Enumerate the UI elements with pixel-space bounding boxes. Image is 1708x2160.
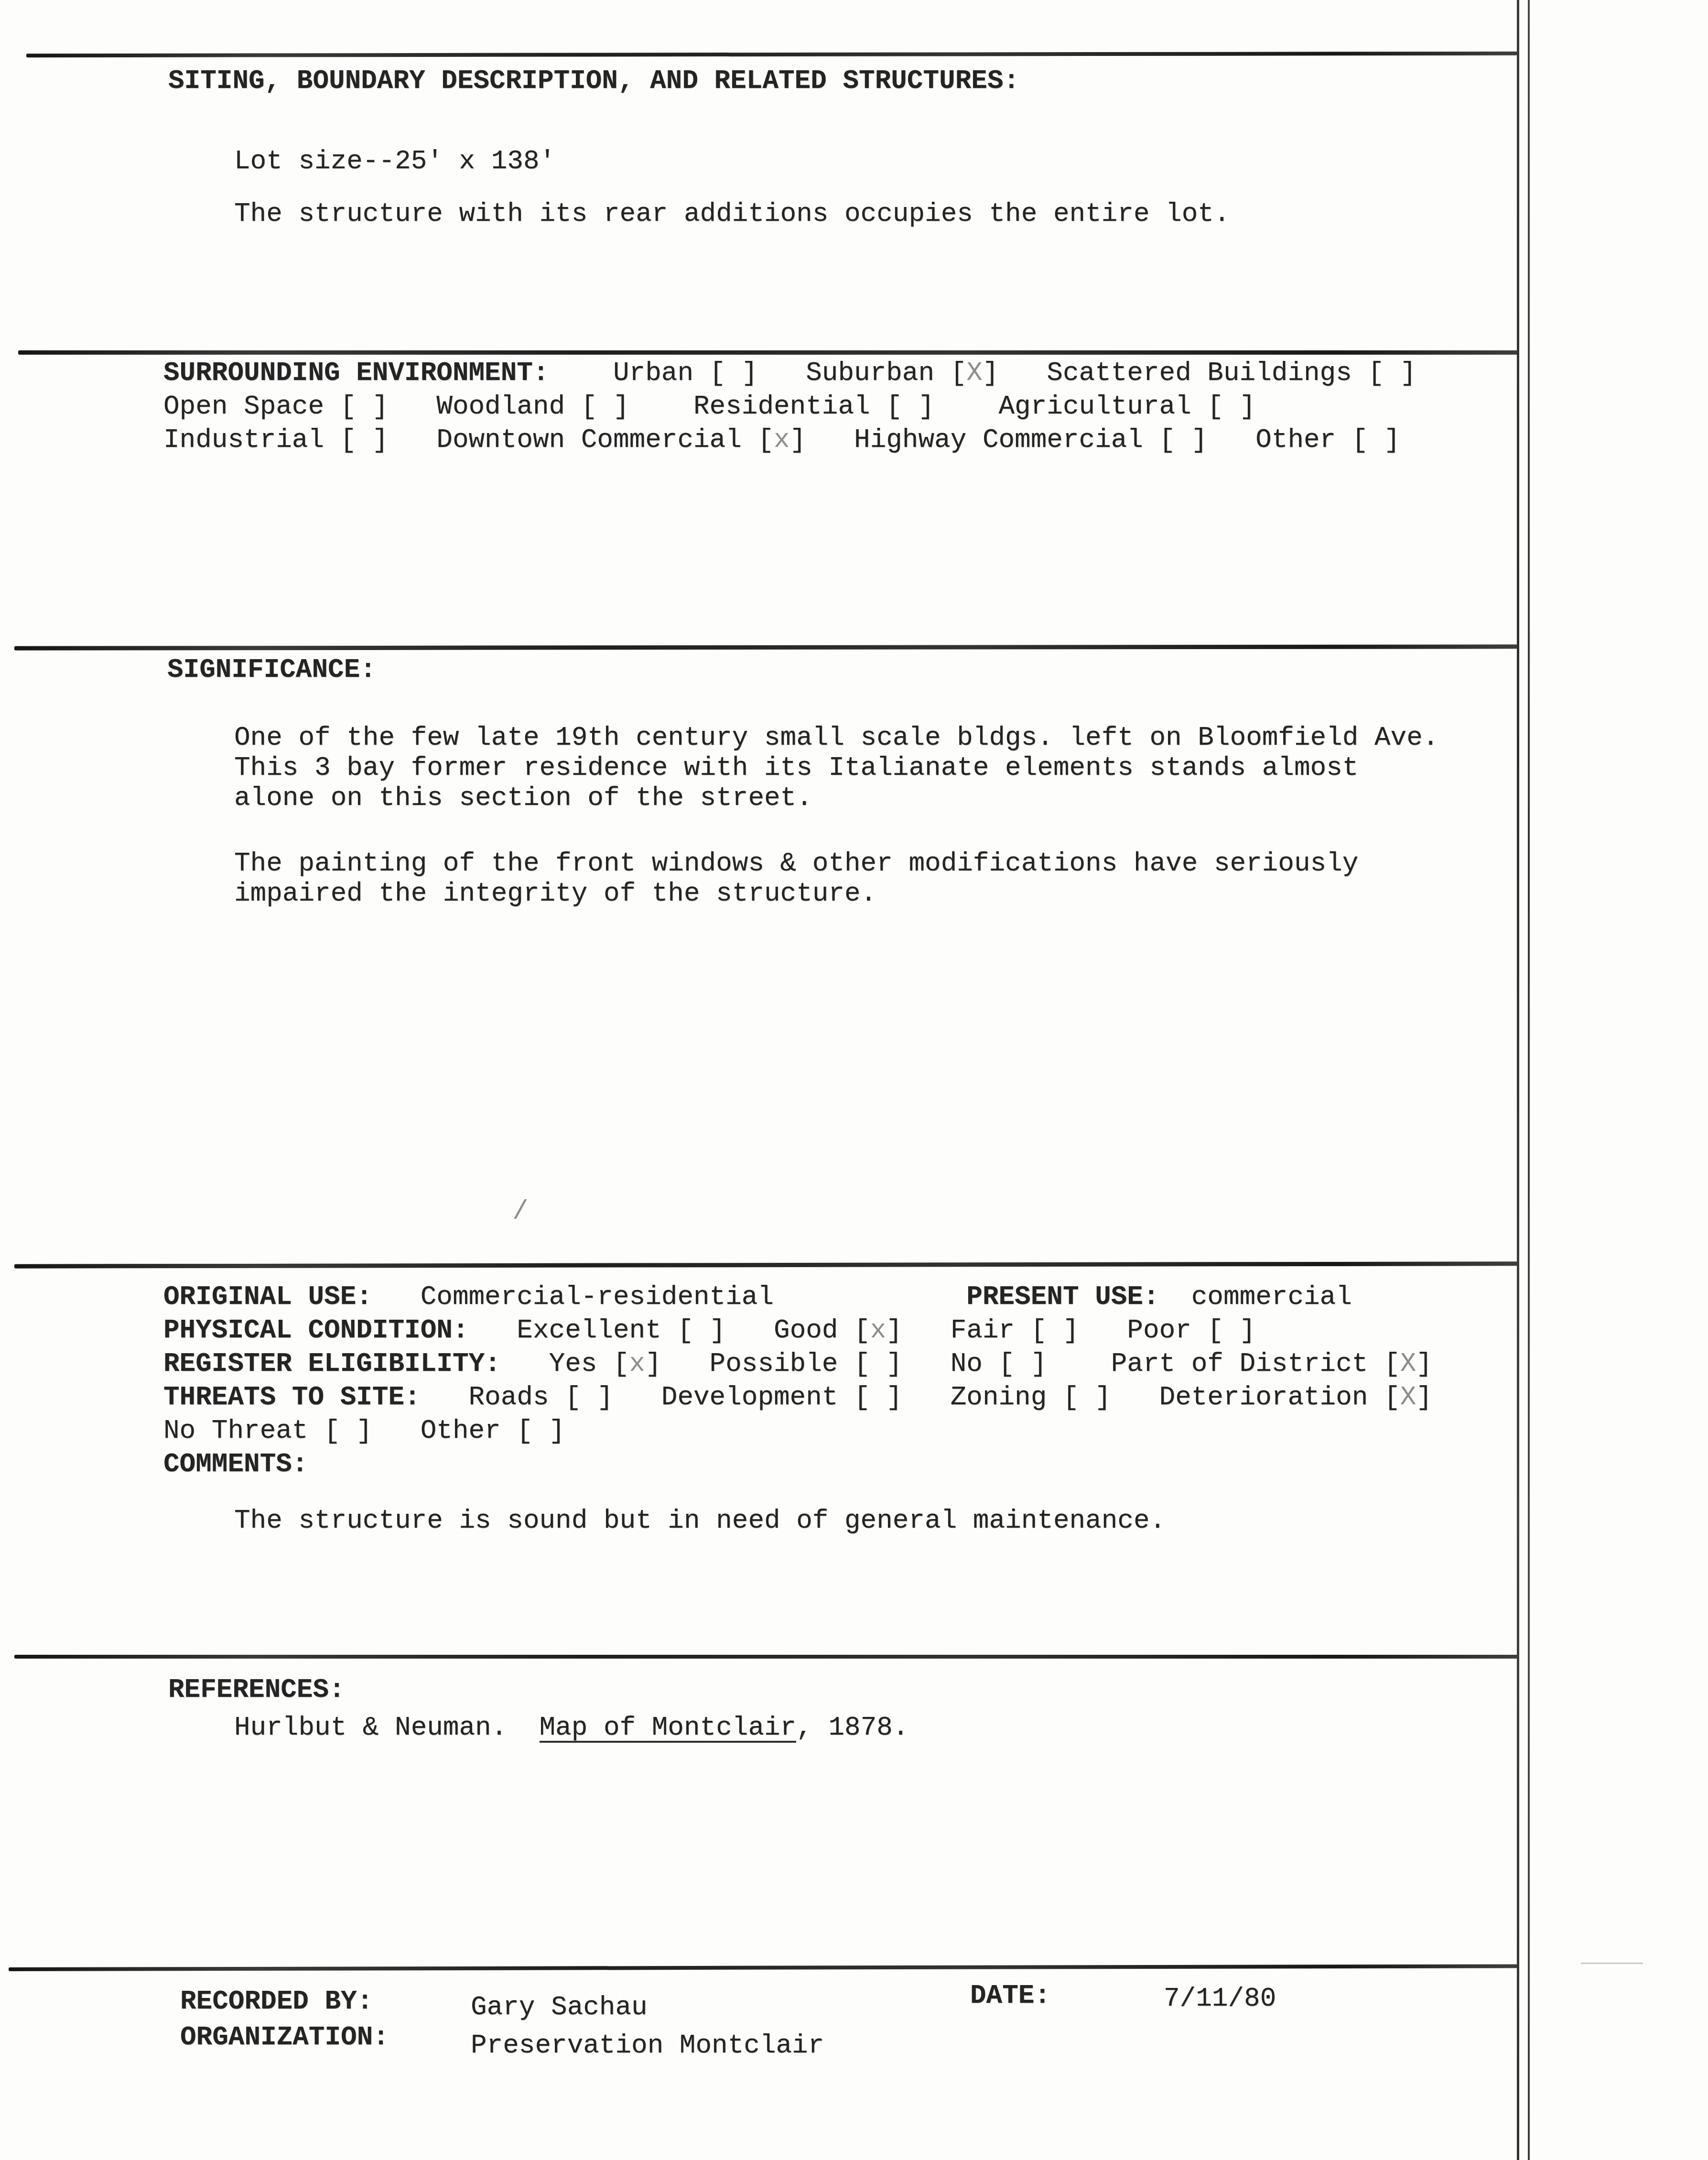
field-label: SURROUNDING ENVIRONMENT: xyxy=(163,358,549,388)
section-divider-references xyxy=(14,1655,1518,1659)
organization-value: Preservation Montclair xyxy=(471,2031,824,2059)
field-label: REGISTER ELIGIBILITY: xyxy=(163,1348,501,1379)
form-line: REGISTER ELIGIBILITY: Yes [x] Possible [… xyxy=(163,1347,1432,1380)
text-segment: Excellent [ ] Good [ xyxy=(469,1315,870,1346)
page-edge-line-inner xyxy=(1517,0,1519,2160)
recorded-by-label: RECORDED BY: xyxy=(180,1987,373,2015)
section-divider-significance xyxy=(14,644,1518,650)
significance-paragraph-1: One of the few late 19th century small s… xyxy=(234,723,1438,813)
use-condition-section: ORIGINAL USE: Commercial-residential PRE… xyxy=(163,1280,1432,1481)
significance-section-title: SIGNIFICANCE: xyxy=(167,656,376,684)
text-segment: Urban [ ] Suburban [ xyxy=(549,358,967,388)
page-edge-line-outer xyxy=(1528,0,1530,2160)
siting-section-title: SITING, BOUNDARY DESCRIPTION, AND RELATE… xyxy=(168,67,1019,95)
reference-author: Hurlbut & Neuman. xyxy=(234,1712,540,1743)
surrounding-environment-section: SURROUNDING ENVIRONMENT: Urban [ ] Subur… xyxy=(163,356,1416,456)
field-label: COMMENTS: xyxy=(163,1449,308,1479)
form-line: Open Space [ ] Woodland [ ] Residential … xyxy=(163,390,1416,423)
field-label: PRESENT USE: xyxy=(966,1281,1159,1312)
text-segment: Open Space [ ] Woodland [ ] Residential … xyxy=(163,391,1255,422)
reference-work-underlined: Map of Montclair xyxy=(540,1714,797,1743)
text-segment: commercial xyxy=(1159,1281,1352,1312)
text-segment: Roads [ ] Development [ ] Zoning [ ] Det… xyxy=(421,1382,1400,1412)
section-divider-use xyxy=(14,1261,1518,1268)
text-segment: ] Possible [ ] No [ ] Part of District [ xyxy=(645,1348,1400,1379)
form-line: PHYSICAL CONDITION: Excellent [ ] Good [… xyxy=(163,1313,1432,1347)
pencil-checkmark: X xyxy=(1400,1348,1416,1379)
text-segment: ] xyxy=(1416,1382,1432,1412)
form-line: No Threat [ ] Other [ ] xyxy=(163,1414,1432,1447)
pencil-checkmark: x xyxy=(870,1315,886,1346)
text-segment: ] Scattered Buildings [ ] xyxy=(983,358,1416,388)
reference-suffix: , 1878. xyxy=(796,1712,908,1743)
form-line: Industrial [ ] Downtown Commercial [x] H… xyxy=(163,423,1416,456)
organization-label: ORGANIZATION: xyxy=(180,2023,389,2051)
siting-note-text: The structure with its rear additions oc… xyxy=(234,200,1230,228)
text-segment: No Threat [ ] Other [ ] xyxy=(163,1415,565,1446)
field-label: ORIGINAL USE: xyxy=(163,1281,372,1312)
date-label: DATE: xyxy=(970,1982,1050,2009)
pencil-checkmark: X xyxy=(1400,1382,1416,1412)
text-segment: ] xyxy=(1416,1348,1432,1379)
lot-size-text: Lot size--25' x 138' xyxy=(234,147,555,175)
section-divider-top xyxy=(26,52,1517,57)
form-line: THREATS TO SITE: Roads [ ] Development [… xyxy=(163,1380,1432,1414)
scanned-survey-form-page: SITING, BOUNDARY DESCRIPTION, AND RELATE… xyxy=(0,0,1708,2160)
stray-pencil-mark: / xyxy=(512,1197,529,1225)
form-line: ORIGINAL USE: Commercial-residential PRE… xyxy=(163,1280,1432,1313)
pencil-checkmark: X xyxy=(966,358,983,388)
text-segment: Commercial-residential xyxy=(372,1281,966,1312)
scan-artifact-dash xyxy=(1581,1963,1643,1964)
reference-entry: Hurlbut & Neuman. Map of Montclair, 1878… xyxy=(234,1714,908,1743)
text-segment: ] Fair [ ] Poor [ ] xyxy=(886,1315,1255,1346)
form-line: SURROUNDING ENVIRONMENT: Urban [ ] Subur… xyxy=(163,356,1416,390)
comments-note-text: The structure is sound but in need of ge… xyxy=(234,1507,1166,1534)
significance-paragraph-2: The painting of the front windows & othe… xyxy=(234,848,1358,909)
text-segment: ] Highway Commercial [ ] Other [ ] xyxy=(790,424,1400,455)
field-label: PHYSICAL CONDITION: xyxy=(163,1315,469,1346)
pencil-checkmark: x xyxy=(629,1348,646,1379)
field-label: THREATS TO SITE: xyxy=(163,1382,421,1412)
pencil-checkmark: x xyxy=(774,424,790,455)
text-segment: Yes [ xyxy=(501,1348,629,1379)
references-section-title: REFERENCES: xyxy=(168,1676,345,1704)
form-line: COMMENTS: xyxy=(163,1447,1432,1481)
date-value: 7/11/80 xyxy=(1164,1985,1276,2012)
text-segment: Industrial [ ] Downtown Commercial [ xyxy=(163,424,774,455)
section-divider-footer xyxy=(9,1964,1518,1971)
recorded-by-value: Gary Sachau xyxy=(471,1993,648,2021)
section-divider-environment xyxy=(18,350,1518,355)
